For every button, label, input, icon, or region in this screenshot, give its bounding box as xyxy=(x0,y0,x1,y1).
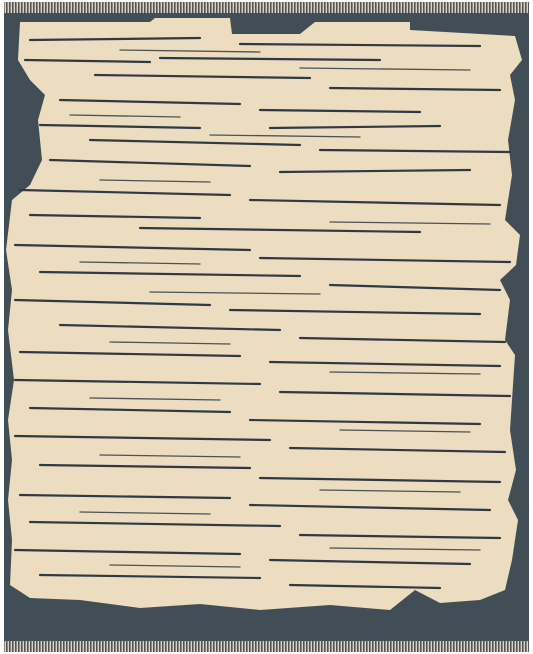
top-fringe xyxy=(4,2,529,14)
bottom-fringe xyxy=(4,640,529,652)
rug-illustration xyxy=(0,0,533,654)
